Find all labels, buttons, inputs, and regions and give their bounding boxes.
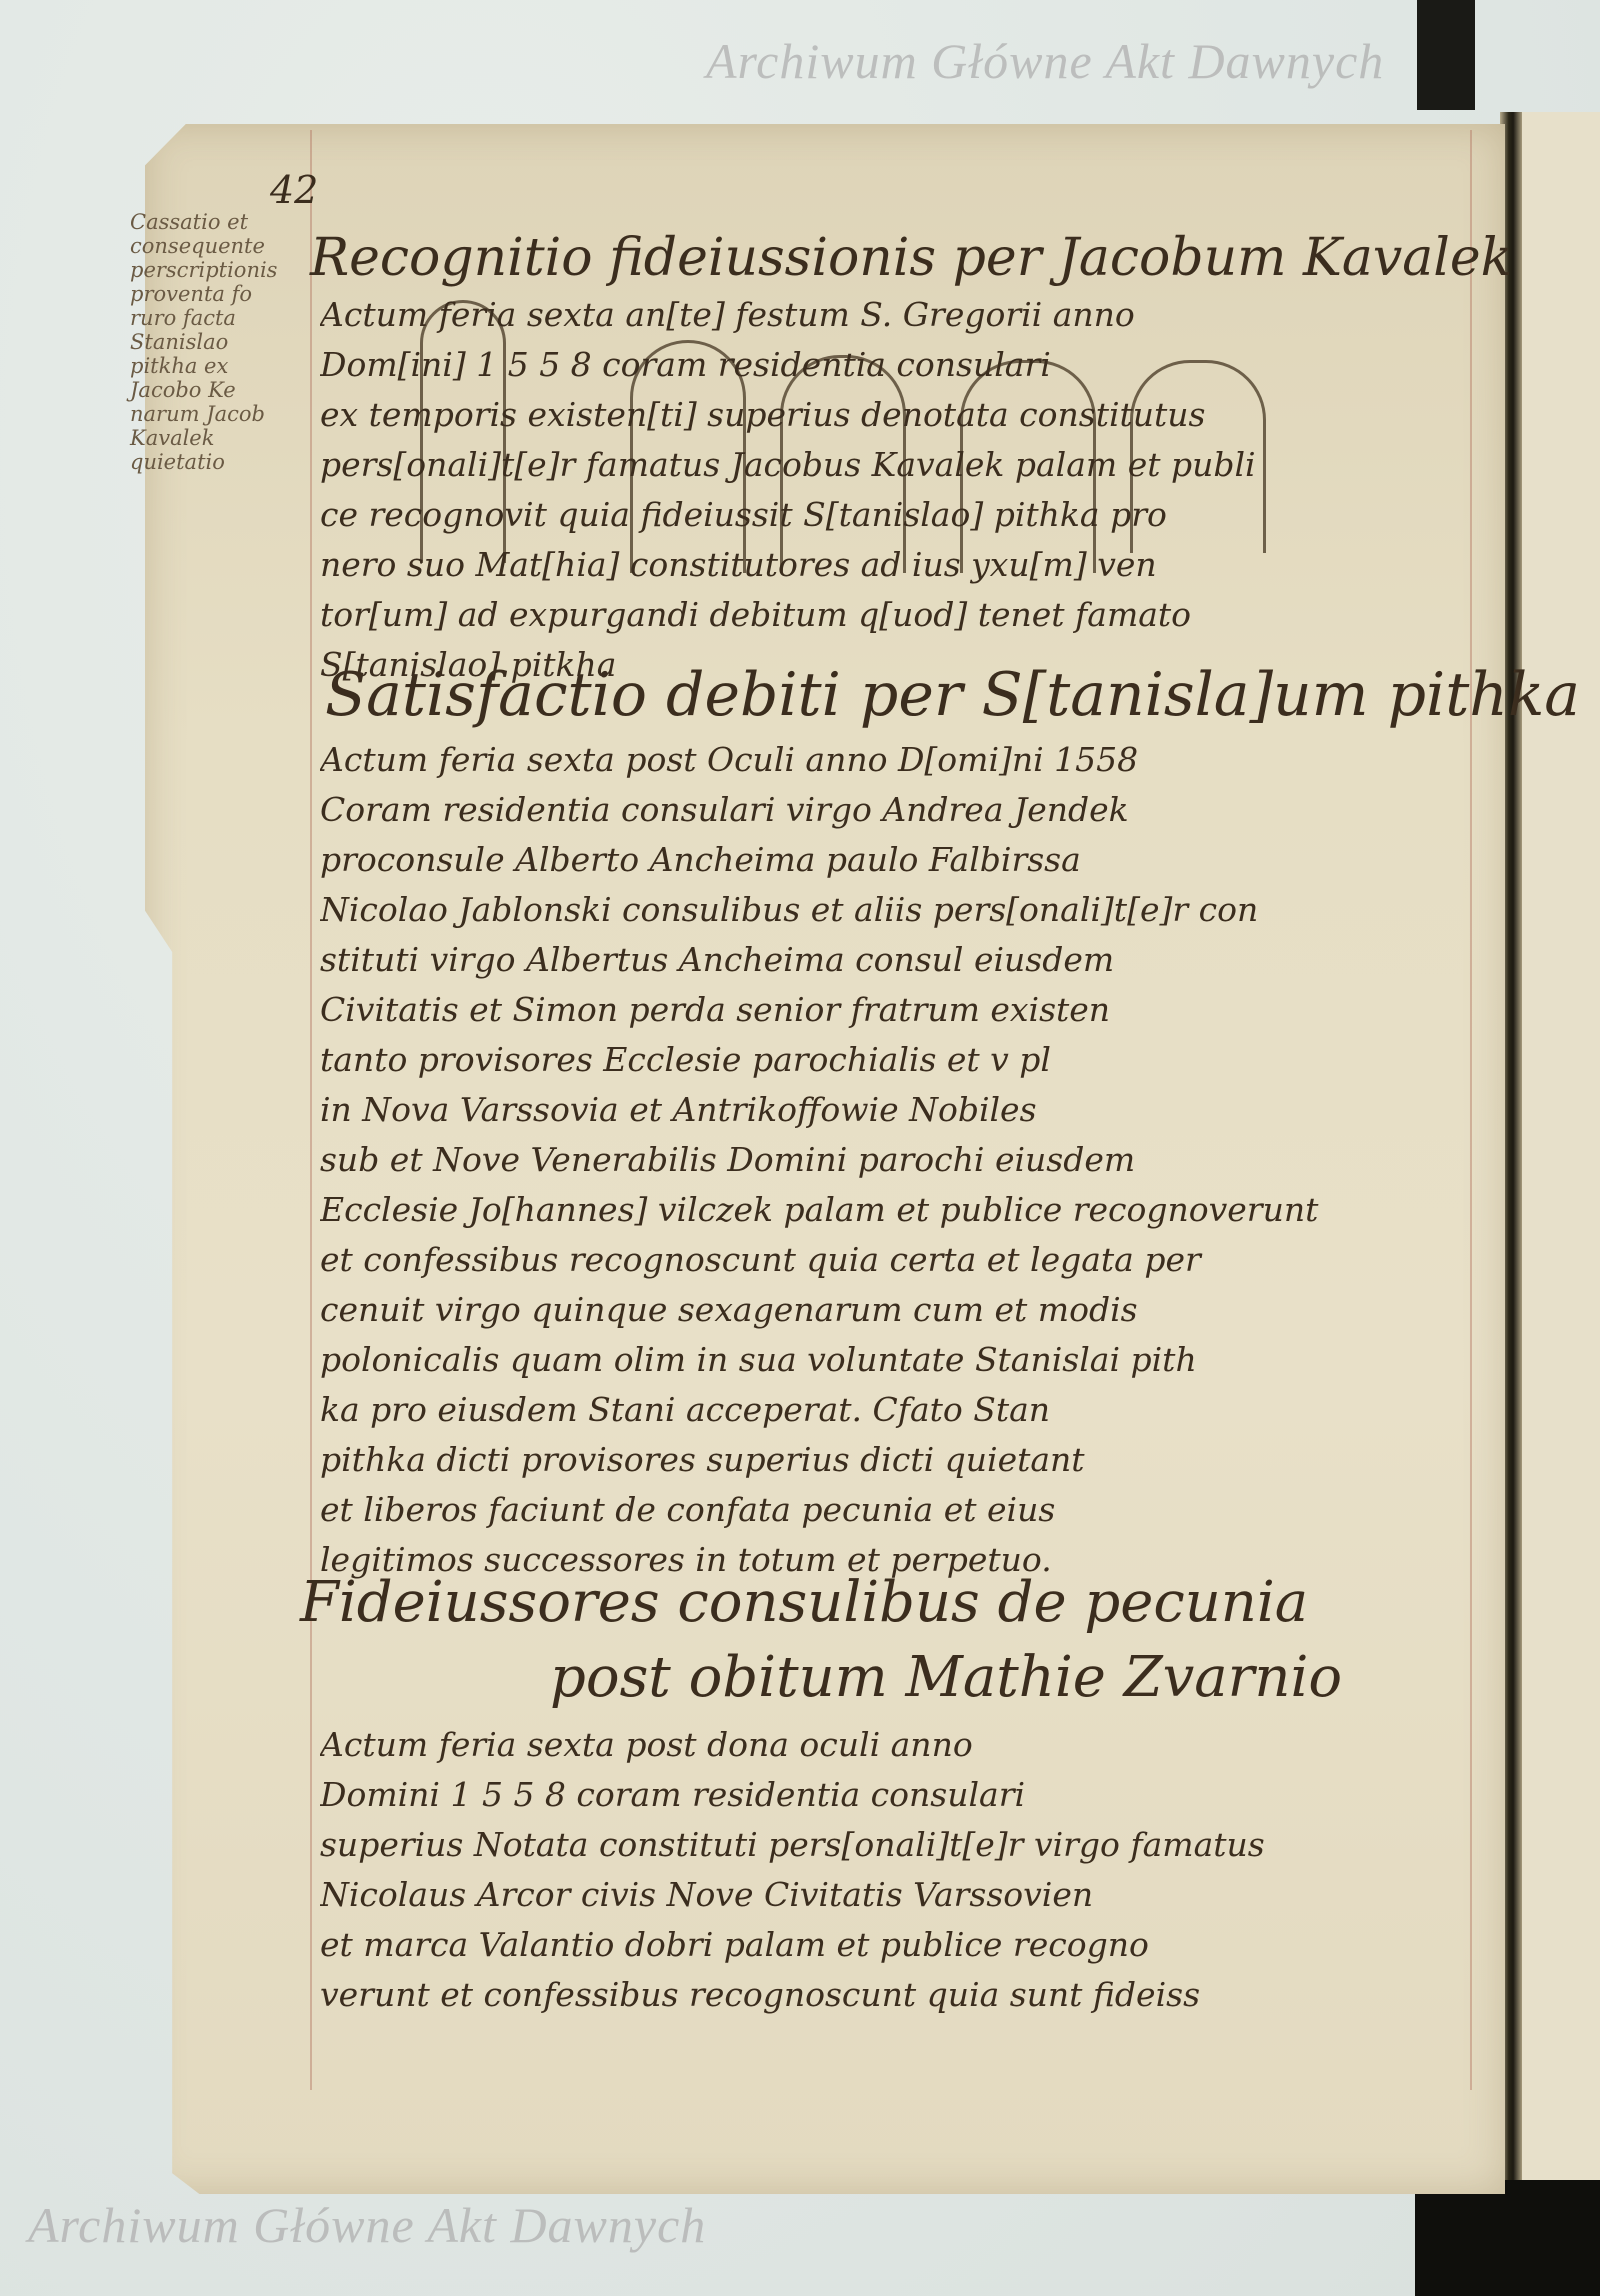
text-line: et marca Valantio dobri palam et publice… bbox=[320, 1920, 1440, 1970]
archive-watermark-bottom: Archiwum Główne Akt Dawnych bbox=[28, 2196, 706, 2254]
text-line: tanto provisores Ecclesie parochialis et… bbox=[320, 1035, 1440, 1085]
text-line: sub et Nove Venerabilis Domini parochi e… bbox=[320, 1135, 1440, 1185]
text-line: Actum feria sexta post Oculi anno D[omi]… bbox=[320, 735, 1440, 785]
section-heading-fideiussores-cont: post obitum Mathie Zvarnio bbox=[550, 1645, 1342, 1710]
margin-note-line: proventa fo bbox=[130, 282, 330, 306]
margin-note-line: narum Jacob bbox=[130, 402, 330, 426]
text-line: superius Notata constituti pers[onali]t[… bbox=[320, 1820, 1440, 1870]
margin-note-line: Jacobo Ke bbox=[130, 378, 330, 402]
margin-rule-right bbox=[1470, 130, 1472, 2090]
section-heading-satisfactio: Satisfactio debiti per S[tanisla]um pith… bbox=[325, 660, 1580, 730]
text-line: pers[onali]t[e]r famatus Jacobus Kavalek… bbox=[320, 440, 1440, 490]
text-line: Actum feria sexta post dona oculi anno bbox=[320, 1720, 1440, 1770]
text-line: et confessibus recognoscunt quia certa e… bbox=[320, 1235, 1440, 1285]
margin-note-line: pitkha ex bbox=[130, 354, 330, 378]
margin-note-line: Cassatio et bbox=[130, 210, 330, 234]
section-heading-recognitio: Recognitio fideiussionis per Jacobum Kav… bbox=[310, 228, 1512, 288]
text-line: Actum feria sexta an[te] festum S. Grego… bbox=[320, 290, 1440, 340]
text-line: Nicolaus Arcor civis Nove Civitatis Vars… bbox=[320, 1870, 1440, 1920]
text-line: Domini 1 5 5 8 coram residentia consular… bbox=[320, 1770, 1440, 1820]
text-line: Ecclesie Jo[hannes] vilczek palam et pub… bbox=[320, 1185, 1440, 1235]
text-line: pithka dicti provisores superius dicti q… bbox=[320, 1435, 1440, 1485]
text-line: verunt et confessibus recognoscunt quia … bbox=[320, 1970, 1440, 2020]
text-line: Coram residentia consulari virgo Andrea … bbox=[320, 785, 1440, 835]
text-line: Dom[ini] 1 5 5 8 coram residentia consul… bbox=[320, 340, 1440, 390]
text-line: in Nova Varssovia et Antrikoffowie Nobil… bbox=[320, 1085, 1440, 1135]
margin-note-line: consequente bbox=[130, 234, 330, 258]
entry-fideiussores: Actum feria sexta post dona oculi anno D… bbox=[320, 1720, 1440, 2020]
margin-note-line: Kavalek bbox=[130, 426, 330, 450]
binding-band-top bbox=[1417, 0, 1475, 110]
folio-number: 42 bbox=[270, 168, 318, 212]
text-line: polonicalis quam olim in sua voluntate S… bbox=[320, 1335, 1440, 1385]
text-line: proconsule Alberto Ancheima paulo Falbir… bbox=[320, 835, 1440, 885]
text-line: Nicolao Jablonski consulibus et aliis pe… bbox=[320, 885, 1440, 935]
text-line: ce recognovit quia fideiussit S[tanislao… bbox=[320, 490, 1440, 540]
margin-note: Cassatio et consequente perscriptionis p… bbox=[130, 210, 330, 474]
text-line: tor[um] ad expurgandi debitum q[uod] ten… bbox=[320, 590, 1440, 640]
text-line: ex temporis existen[ti] superius denotat… bbox=[320, 390, 1440, 440]
margin-note-line: perscriptionis bbox=[130, 258, 330, 282]
margin-note-line: quietatio bbox=[130, 450, 330, 474]
entry-recognitio: Actum feria sexta an[te] festum S. Grego… bbox=[320, 290, 1440, 690]
text-line: ka pro eiusdem Stani acceperat. Cfato St… bbox=[320, 1385, 1440, 1435]
section-heading-fideiussores: Fideiussores consulibus de pecunia bbox=[300, 1570, 1308, 1635]
binding-shadow-bottom bbox=[1415, 2180, 1600, 2296]
entry-satisfactio: Actum feria sexta post Oculi anno D[omi]… bbox=[320, 735, 1440, 1585]
facing-page-edge bbox=[1520, 112, 1600, 2182]
margin-note-line: Stanislao bbox=[130, 330, 330, 354]
text-line: nero suo Mat[hia] constitutores ad ius y… bbox=[320, 540, 1440, 590]
margin-note-line: ruro facta bbox=[130, 306, 330, 330]
text-line: cenuit virgo quinque sexagenarum cum et … bbox=[320, 1285, 1440, 1335]
text-line: et liberos faciunt de confata pecunia et… bbox=[320, 1485, 1440, 1535]
text-line: Civitatis et Simon perda senior fratrum … bbox=[320, 985, 1440, 1035]
archive-watermark-top: Archiwum Główne Akt Dawnych bbox=[706, 32, 1384, 90]
text-line: stituti virgo Albertus Ancheima consul e… bbox=[320, 935, 1440, 985]
